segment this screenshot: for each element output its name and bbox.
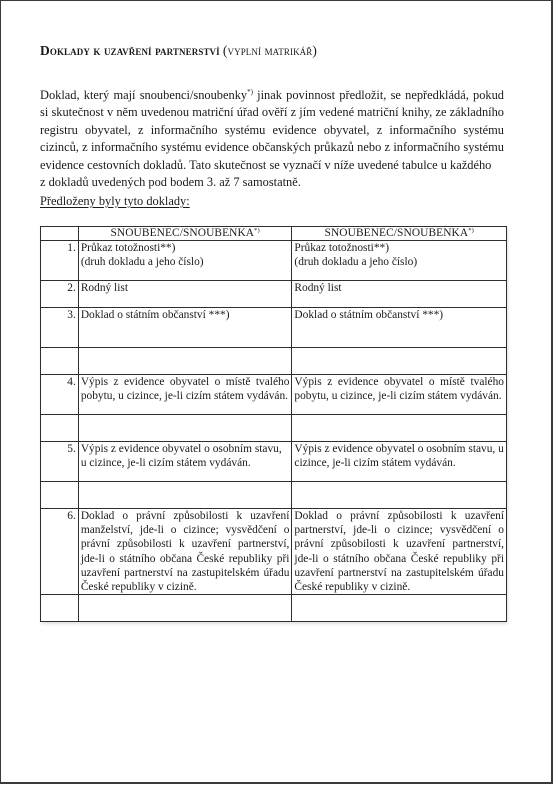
table-row-blank: [41, 482, 507, 509]
row-number: [41, 415, 79, 442]
section-heading: Předloženy byly tyto doklady:: [40, 194, 190, 209]
row-number: 5.: [41, 442, 79, 482]
cell-partner-b[interactable]: [292, 595, 507, 622]
cell-partner-b[interactable]: [292, 482, 507, 509]
header-partner-a: SNOUBENEC/SNOUBENKA*): [78, 227, 292, 241]
cell-partner-b[interactable]: Rodný list: [292, 281, 507, 308]
intro-last-line: z dokladů uvedených pod bodem 3. až 7 sa…: [40, 174, 504, 191]
cell-partner-a[interactable]: [78, 482, 292, 509]
table-row: 2. Rodný list Rodný list: [41, 281, 507, 308]
intro-text-start: Doklad, který mají snoubenci/snoubenky: [40, 88, 247, 102]
cell-partner-a[interactable]: Doklad o právní způsobilosti k uzavření …: [78, 509, 292, 595]
header-number-column: [41, 227, 79, 241]
cell-partner-b[interactable]: Výpis z evidence obyvatel o místě tvaléh…: [292, 375, 507, 415]
table-row: 1. Průkaz totožnosti**) (druh dokladu a …: [41, 241, 507, 281]
table-row: 5. Výpis z evidence obyvatel o osobním s…: [41, 442, 507, 482]
cell-partner-a[interactable]: Doklad o státním občanství ***): [78, 308, 292, 348]
cell-partner-a[interactable]: [78, 415, 292, 442]
title-sub: (vyplní matrikář): [223, 43, 317, 58]
row-number: [41, 348, 79, 375]
cell-partner-b[interactable]: [292, 348, 507, 375]
row-number: 6.: [41, 509, 79, 595]
document-title: Doklady k uzavření partnerství (vyplní m…: [40, 43, 317, 59]
cell-partner-a[interactable]: Výpis z evidence obyvatel o místě tvaléh…: [78, 375, 292, 415]
table-header-row: SNOUBENEC/SNOUBENKA*) SNOUBENEC/SNOUBENK…: [41, 227, 507, 241]
header-footnote-marker: *): [468, 227, 474, 234]
header-label: SNOUBENEC/SNOUBENKA: [325, 227, 469, 239]
cell-partner-b[interactable]: Doklad o právní způsobilosti k uzavření …: [292, 509, 507, 595]
intro-paragraph: Doklad, který mají snoubenci/snoubenky*)…: [40, 87, 504, 191]
cell-partner-a[interactable]: Průkaz totožnosti**) (druh dokladu a jeh…: [78, 241, 292, 281]
cell-partner-a[interactable]: Výpis z evidence obyvatel o osobním stav…: [78, 442, 292, 482]
cell-partner-b[interactable]: Průkaz totožnosti**) (druh dokladu a jeh…: [292, 241, 507, 281]
table-row-blank: [41, 415, 507, 442]
table-row: 4. Výpis z evidence obyvatel o místě tva…: [41, 375, 507, 415]
cell-partner-b[interactable]: [292, 415, 507, 442]
header-footnote-marker: *): [254, 227, 260, 234]
documents-table: SNOUBENEC/SNOUBENKA*) SNOUBENEC/SNOUBENK…: [40, 226, 507, 622]
header-partner-b: SNOUBENEC/SNOUBENKA*): [292, 227, 507, 241]
table-row-blank: [41, 348, 507, 375]
cell-partner-b[interactable]: Doklad o státním občanství ***): [292, 308, 507, 348]
row-number: [41, 482, 79, 509]
cell-partner-b[interactable]: Výpis z evidence obyvatel o osobním stav…: [292, 442, 507, 482]
cell-partner-a[interactable]: [78, 348, 292, 375]
table-row: 6. Doklad o právní způsobilosti k uzavře…: [41, 509, 507, 595]
row-number: [41, 595, 79, 622]
title-main: Doklady k uzavření partnerství: [40, 43, 220, 58]
cell-partner-a[interactable]: Rodný list: [78, 281, 292, 308]
table-row-blank: [41, 595, 507, 622]
cell-partner-a[interactable]: [78, 595, 292, 622]
row-number: 1.: [41, 241, 79, 281]
header-label: SNOUBENEC/SNOUBENKA: [110, 227, 254, 239]
table-row: 3. Doklad o státním občanství ***) Dokla…: [41, 308, 507, 348]
row-number: 3.: [41, 308, 79, 348]
document-page: Doklady k uzavření partnerství (vyplní m…: [0, 0, 553, 784]
row-number: 2.: [41, 281, 79, 308]
row-number: 4.: [41, 375, 79, 415]
